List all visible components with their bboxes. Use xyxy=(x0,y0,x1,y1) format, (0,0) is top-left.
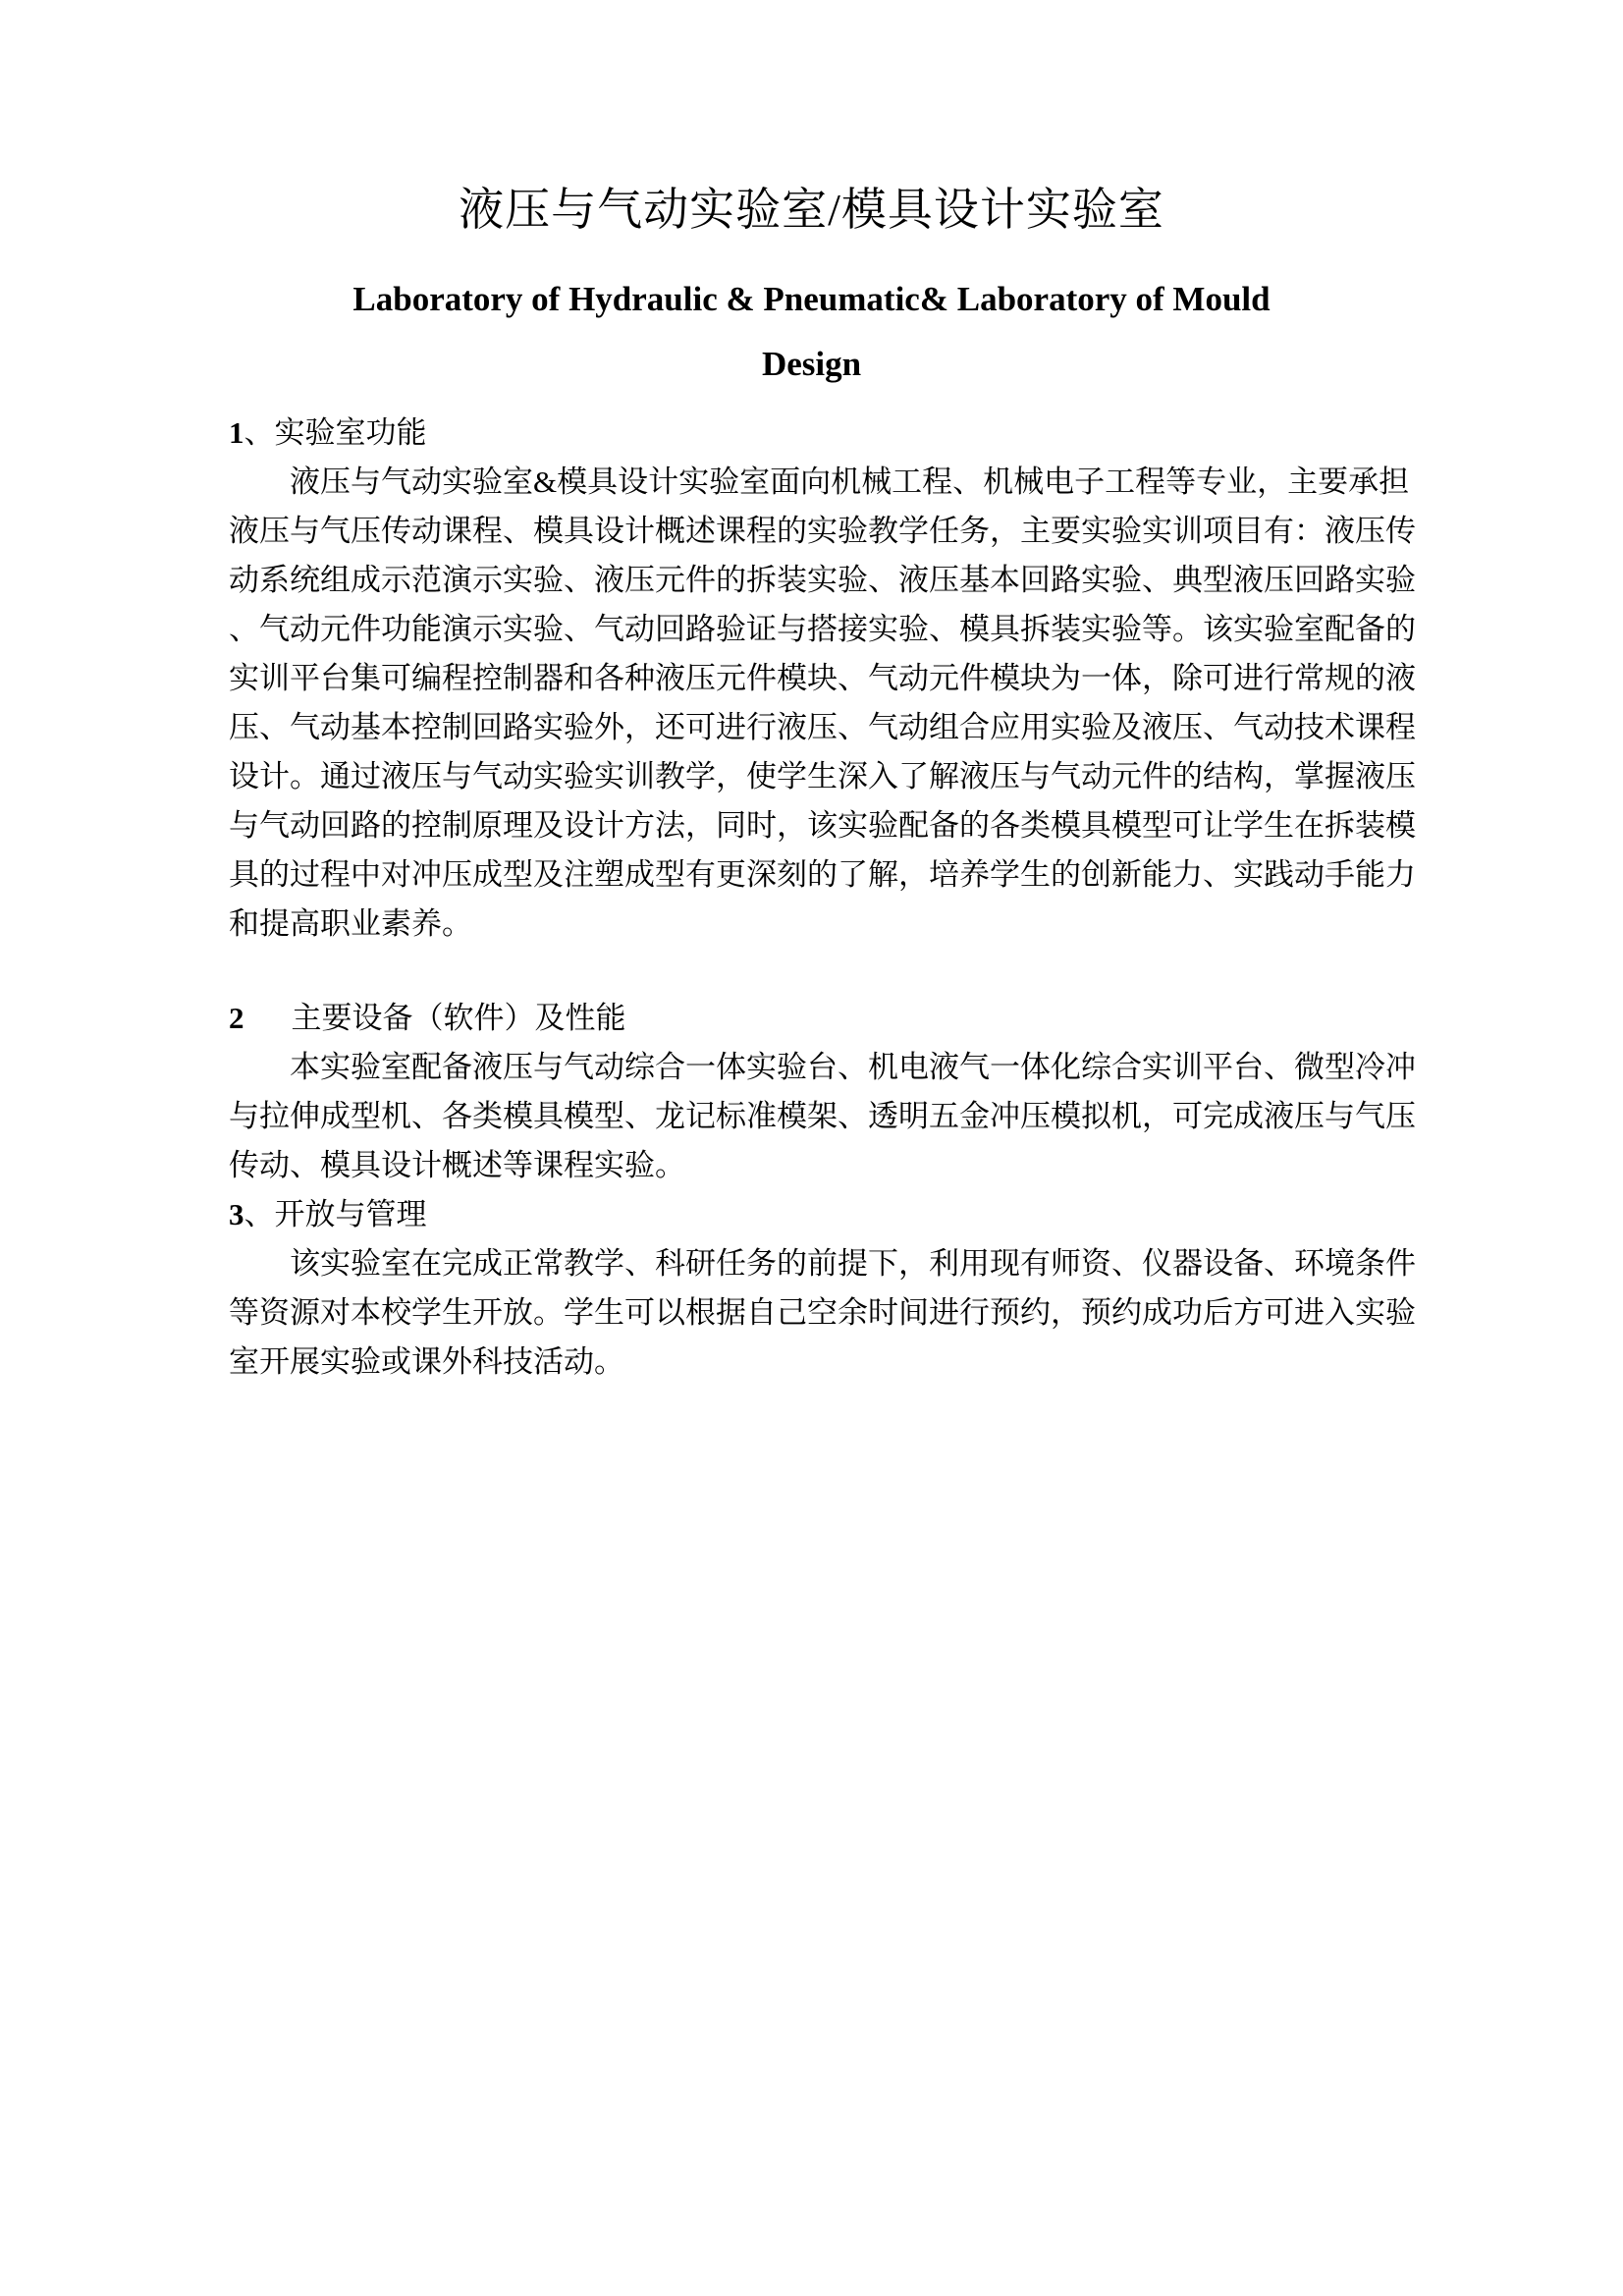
text-line: 室开展实验或课外科技活动。 xyxy=(229,1338,1394,1387)
paragraph: 本实验室配备液压与气动综合一体实验台、机电液气一体化综合实训平台、微型冷冲与拉伸… xyxy=(229,1043,1394,1190)
text-line: 与拉伸成型机、各类模具模型、龙记标准模架、透明五金冲压模拟机，可完成液压与气压 xyxy=(229,1092,1394,1141)
text-line: 压、气动基本控制回路实验外，还可进行液压、气动组合应用实验及液压、气动技术课程 xyxy=(229,703,1394,752)
section-open-management: 3、开放与管理 该实验室在完成正常教学、科研任务的前提下，利用现有师资、仪器设备… xyxy=(229,1190,1394,1387)
text-line: 与气动回路的控制原理及设计方法，同时，该实验配备的各类模具模型可让学生在拆装模 xyxy=(229,801,1394,850)
section-main-equipment: 2主要设备（软件）及性能 本实验室配备液压与气动综合一体实验台、机电液气一体化综… xyxy=(229,994,1394,1190)
text-line: 、气动元件功能演示实验、气动回路验证与搭接实验、模具拆装实验等。该实验室配备的 xyxy=(229,605,1394,654)
section-title: 开放与管理 xyxy=(275,1197,427,1231)
section-heading: 2主要设备（软件）及性能 xyxy=(229,994,1394,1043)
section-lab-functions: 1、实验室功能 液压与气动实验室&模具设计实验室面向机械工程、机械电子工程等专业… xyxy=(229,409,1394,949)
text-line: 实训平台集可编程控制器和各种液压元件模块、气动元件模块为一体，除可进行常规的液 xyxy=(229,654,1394,703)
text-line: 具的过程中对冲压成型及注塑成型有更深刻的了解，培养学生的创新能力、实践动手能力 xyxy=(229,850,1394,900)
text-line: 本实验室配备液压与气动综合一体实验台、机电液气一体化综合实训平台、微型冷冲 xyxy=(229,1043,1394,1092)
document-page: 液压与气动实验室/模具设计实验室 Laboratory of Hydraulic… xyxy=(0,0,1623,2296)
text-line: 该实验室在完成正常教学、科研任务的前提下，利用现有师资、仪器设备、环境条件 xyxy=(229,1239,1394,1288)
paragraph: 液压与气动实验室&模具设计实验室面向机械工程、机械电子工程等专业，主要承担液压与… xyxy=(229,458,1394,949)
text-line: 等资源对本校学生开放。学生可以根据自己空余时间进行预约，预约成功后方可进入实验 xyxy=(229,1288,1394,1338)
doc-title-english: Laboratory of Hydraulic & Pneumatic& Lab… xyxy=(229,267,1394,397)
doc-title-english-line2: Design xyxy=(229,332,1394,397)
section-separator: 、 xyxy=(244,1197,275,1231)
section-number: 3 xyxy=(229,1197,244,1231)
text-line: 设计。通过液压与气动实验实训教学，使学生深入了解液压与气动元件的结构，掌握液压 xyxy=(229,752,1394,801)
section-heading: 3、开放与管理 xyxy=(229,1190,1394,1239)
section-heading: 1、实验室功能 xyxy=(229,409,1394,458)
section-number: 2 xyxy=(229,1001,244,1035)
doc-title-english-line1: Laboratory of Hydraulic & Pneumatic& Lab… xyxy=(229,267,1394,332)
section-number: 1 xyxy=(229,415,244,450)
text-line: 液压与气动实验室&模具设计实验室面向机械工程、机械电子工程等专业，主要承担 xyxy=(229,458,1394,507)
section-title: 实验室功能 xyxy=(275,415,427,450)
text-line: 和提高职业素养。 xyxy=(229,900,1394,949)
text-line: 液压与气压传动课程、模具设计概述课程的实验教学任务，主要实验实训项目有：液压传 xyxy=(229,507,1394,556)
text-line: 传动、模具设计概述等课程实验。 xyxy=(229,1141,1394,1190)
section-title: 主要设备（软件）及性能 xyxy=(292,1001,626,1035)
section-separator: 、 xyxy=(244,415,275,450)
text-line: 动系统组成示范演示实验、液压元件的拆装实验、液压基本回路实验、典型液压回路实验 xyxy=(229,556,1394,605)
doc-title-chinese: 液压与气动实验室/模具设计实验室 xyxy=(229,175,1394,246)
paragraph: 该实验室在完成正常教学、科研任务的前提下，利用现有师资、仪器设备、环境条件等资源… xyxy=(229,1239,1394,1387)
